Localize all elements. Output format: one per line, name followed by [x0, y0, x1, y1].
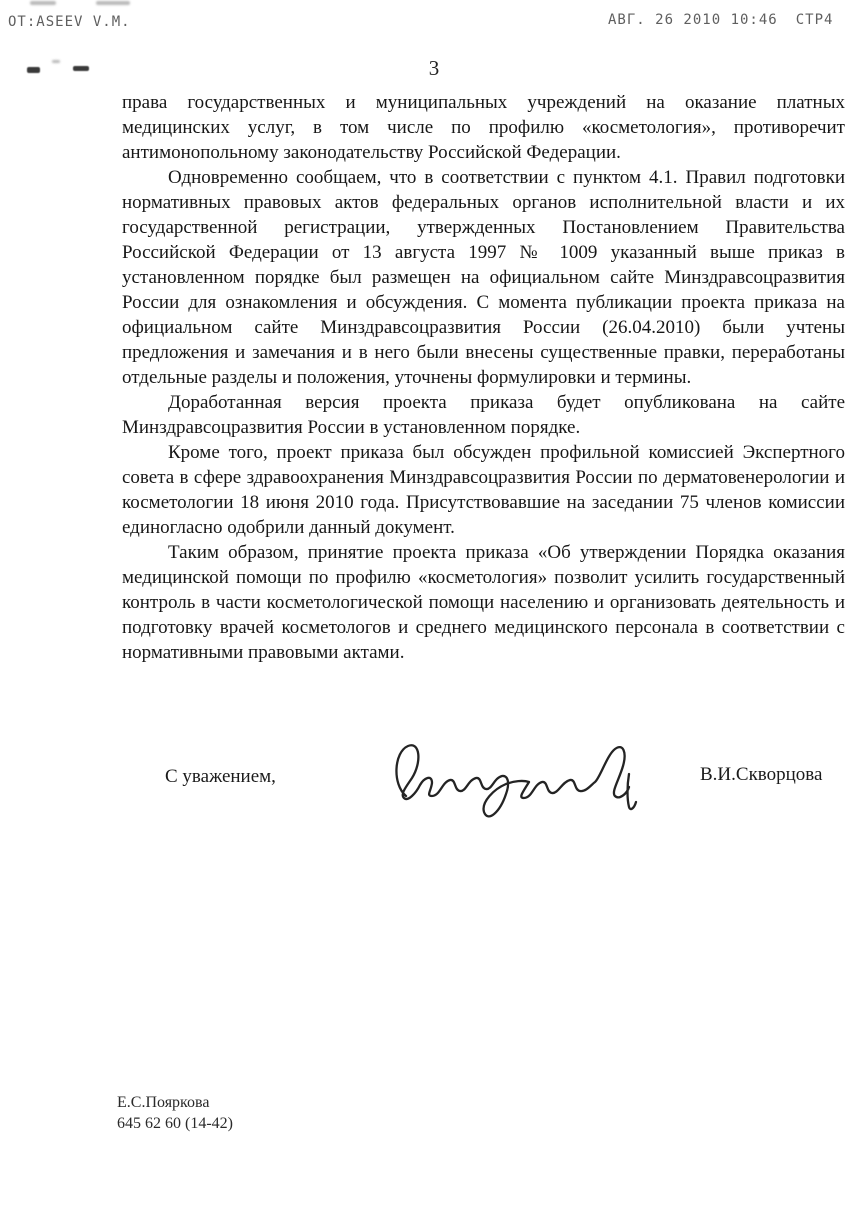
scan-smudge: [30, 1, 56, 5]
paragraph: Таким образом, принятие проекта приказа …: [122, 540, 845, 665]
salutation: С уважением,: [165, 766, 276, 788]
paragraph: Кроме того, проект приказа был обсужден …: [122, 440, 845, 540]
fax-datetime: АВГ. 26 2010 10:46: [608, 12, 778, 28]
fax-page-label: СТР4: [796, 12, 834, 28]
executor-name: Е.С.Пояркова: [117, 1092, 233, 1113]
letter-body: права государственных и муниципальных уч…: [122, 90, 845, 665]
signer-name: В.И.Скворцова: [700, 764, 822, 786]
paragraph: права государственных и муниципальных уч…: [122, 90, 845, 165]
scan-smudge: [96, 1, 130, 5]
handwritten-signature: [382, 736, 654, 824]
fax-sender: ОТ:ASEEV V.M.: [8, 14, 131, 30]
scanned-fax-page: ОТ:ASEEV V.M. АВГ. 26 2010 10:46СТР4 3 п…: [0, 0, 868, 1228]
paragraph: Доработанная версия проекта приказа буде…: [122, 390, 845, 440]
executor-phone: 645 62 60 (14-42): [117, 1113, 233, 1134]
paragraph: Одновременно сообщаем, что в соответстви…: [122, 165, 845, 390]
fax-timestamp-group: АВГ. 26 2010 10:46СТР4: [608, 12, 833, 28]
executor-block: Е.С.Пояркова 645 62 60 (14-42): [117, 1092, 233, 1134]
page-number: 3: [0, 56, 868, 81]
fax-header: ОТ:ASEEV V.M. АВГ. 26 2010 10:46СТР4: [0, 12, 868, 32]
